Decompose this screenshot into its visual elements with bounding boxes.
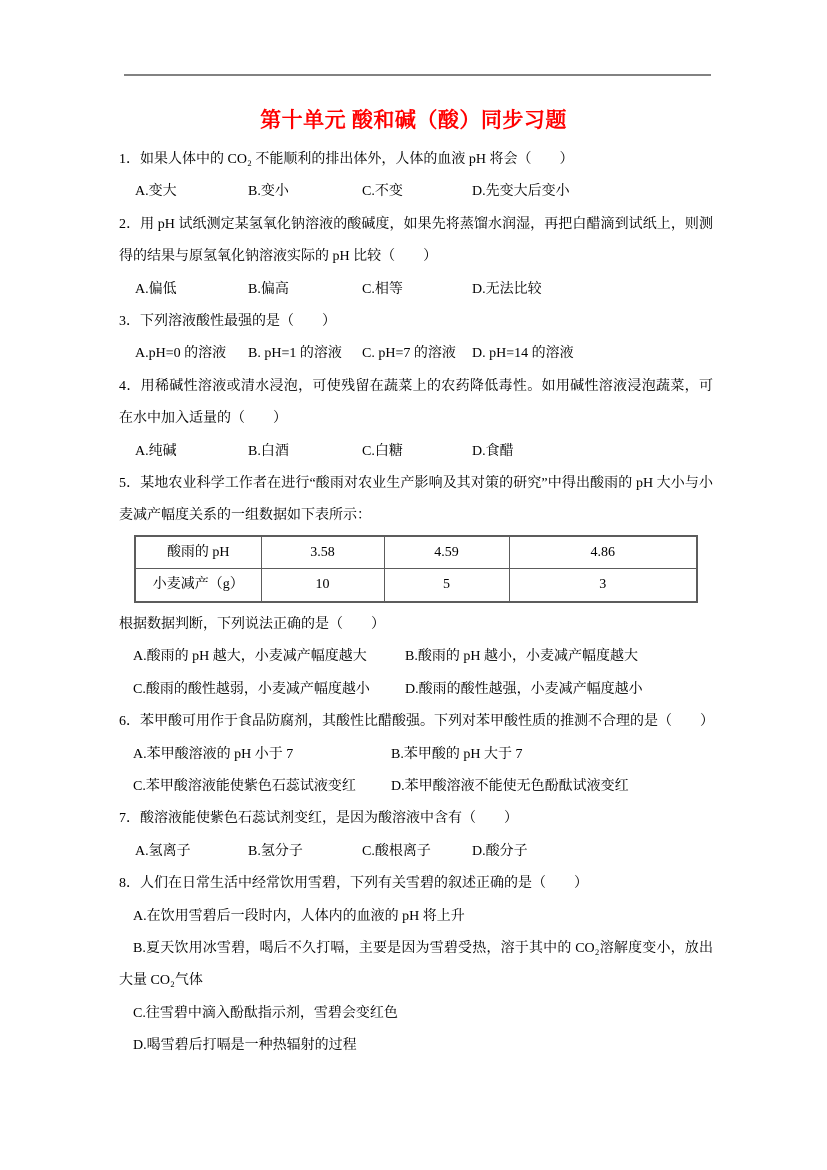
option-q7-a: A.氢离子 — [135, 836, 248, 868]
option-q3-c: C. pH=7 的溶液 — [362, 338, 472, 370]
option-q6-c: C.苯甲酸溶液能使紫色石蕊试液变红 — [133, 771, 391, 803]
option-q7-d: D.酸分子 — [472, 836, 713, 868]
option-q6-a: A.苯甲酸溶液的 pH 小于 7 — [133, 739, 391, 771]
question-5-options-row-2: C.酸雨的酸性越弱，小麦减产幅度越小 D.酸雨的酸性越强，小麦减产幅度越小 — [119, 674, 713, 706]
option-q4-d: D.食醋 — [472, 436, 713, 468]
option-q8-d: D.喝雪碧后打嗝是一种热辐射的过程 — [119, 1030, 713, 1062]
table-cell-wheat-label: 小麦减产（g） — [135, 569, 261, 602]
question-6-options-row-1: A.苯甲酸溶液的 pH 小于 7 B.苯甲酸的 pH 大于 7 — [119, 739, 713, 771]
option-q2-d: D.无法比较 — [472, 274, 713, 306]
table-cell-wheat-2: 5 — [384, 569, 509, 602]
question-5-judge-line: 根据数据判断，下列说法正确的是（ ） — [119, 609, 713, 641]
question-2-stem: 2．用 pH 试纸测定某氢氧化钠溶液的酸碱度，如果先将蒸馏水润湿，再把白醋滴到试… — [119, 209, 713, 274]
table-cell-ph-1: 3.58 — [261, 536, 384, 569]
question-6-stem: 6．苯甲酸可用作于食品防腐剂，其酸性比醋酸强。下列对苯甲酸性质的推测不合理的是（… — [119, 706, 713, 738]
option-q2-c: C.相等 — [362, 274, 472, 306]
table-cell-ph-3: 4.86 — [509, 536, 697, 569]
option-q7-c: C.酸根离子 — [362, 836, 472, 868]
question-1-options-row: A.变大 B.变小 C.不变 D.先变大后变小 — [119, 176, 713, 208]
option-q2-b: B.偏高 — [248, 274, 362, 306]
option-q2-a: A.偏低 — [135, 274, 248, 306]
table-cell-wheat-3: 3 — [509, 569, 697, 602]
option-q6-d: D.苯甲酸溶液不能使无色酚酞试液变红 — [391, 771, 629, 803]
option-q1-b: B.变小 — [248, 176, 362, 208]
question-5-options-row-1: A.酸雨的 pH 越大，小麦减产幅度越大 B.酸雨的 pH 越小，小麦减产幅度越… — [119, 641, 713, 673]
worksheet-content: 1．如果人体中的 CO₂ 不能顺利的排出体外，人体的血液 pH 将会（ ） A.… — [119, 144, 713, 1063]
question-3-stem: 3．下列溶液酸性最强的是（ ） — [119, 306, 713, 338]
option-q7-b: B.氢分子 — [248, 836, 362, 868]
question-6-options-row-2: C.苯甲酸溶液能使紫色石蕊试液变红 D.苯甲酸溶液不能使无色酚酞试液变红 — [119, 771, 713, 803]
page-title: 第十单元 酸和碱（酸）同步习题 — [0, 106, 827, 134]
question-5-stem: 5．某地农业科学工作者在进行“酸雨对农业生产影响及其对策的研究”中得出酸雨的 p… — [119, 468, 713, 533]
option-q5-d: D.酸雨的酸性越强，小麦减产幅度越小 — [405, 674, 643, 706]
option-q4-a: A.纯碱 — [135, 436, 248, 468]
question-4-stem: 4．用稀碱性溶液或清水浸泡，可使残留在蔬菜上的农药降低毒性。如用碱性溶液浸泡蔬菜… — [119, 371, 713, 436]
table-cell-ph-label: 酸雨的 pH — [135, 536, 261, 569]
option-q1-d: D.先变大后变小 — [472, 176, 713, 208]
option-q1-a: A.变大 — [135, 176, 248, 208]
table-row-wheat: 小麦减产（g） 10 5 3 — [135, 569, 697, 602]
table-cell-wheat-1: 10 — [261, 569, 384, 602]
acid-rain-data-table: 酸雨的 pH 3.58 4.59 4.86 小麦减产（g） 10 5 3 — [134, 535, 698, 603]
option-q5-a: A.酸雨的 pH 越大，小麦减产幅度越大 — [133, 641, 405, 673]
question-4-options-row: A.纯碱 B.白酒 C.白糖 D.食醋 — [119, 436, 713, 468]
option-q3-b: B. pH=1 的溶液 — [248, 338, 362, 370]
option-q5-c: C.酸雨的酸性越弱，小麦减产幅度越小 — [133, 674, 405, 706]
table-cell-ph-2: 4.59 — [384, 536, 509, 569]
option-q6-b: B.苯甲酸的 pH 大于 7 — [391, 739, 522, 771]
question-3-options-row: A.pH=0 的溶液 B. pH=1 的溶液 C. pH=7 的溶液 D. pH… — [119, 338, 713, 370]
question-8-stem: 8．人们在日常生活中经常饮用雪碧，下列有关雪碧的叙述正确的是（ ） — [119, 868, 713, 900]
table-row-ph: 酸雨的 pH 3.58 4.59 4.86 — [135, 536, 697, 569]
option-q8-b: B.夏天饮用冰雪碧，喝后不久打嗝，主要是因为雪碧受热，溶于其中的 CO₂溶解度变… — [119, 933, 713, 998]
option-q5-b: B.酸雨的 pH 越小，小麦减产幅度越大 — [405, 641, 638, 673]
question-2-options-row: A.偏低 B.偏高 C.相等 D.无法比较 — [119, 274, 713, 306]
question-1-stem: 1．如果人体中的 CO₂ 不能顺利的排出体外，人体的血液 pH 将会（ ） — [119, 144, 713, 176]
option-q1-c: C.不变 — [362, 176, 472, 208]
header-divider — [124, 74, 711, 76]
option-q3-d: D. pH=14 的溶液 — [472, 338, 713, 370]
worksheet-page: 第十单元 酸和碱（酸）同步习题 1．如果人体中的 CO₂ 不能顺利的排出体外，人… — [0, 0, 827, 1170]
question-7-options-row: A.氢离子 B.氢分子 C.酸根离子 D.酸分子 — [119, 836, 713, 868]
option-q4-b: B.白酒 — [248, 436, 362, 468]
question-7-stem: 7．酸溶液能使紫色石蕊试剂变红，是因为酸溶液中含有（ ） — [119, 803, 713, 835]
option-q8-c: C.往雪碧中滴入酚酞指示剂，雪碧会变红色 — [119, 998, 713, 1030]
option-q8-a: A.在饮用雪碧后一段时内，人体内的血液的 pH 将上升 — [119, 901, 713, 933]
option-q3-a: A.pH=0 的溶液 — [135, 338, 248, 370]
option-q4-c: C.白糖 — [362, 436, 472, 468]
